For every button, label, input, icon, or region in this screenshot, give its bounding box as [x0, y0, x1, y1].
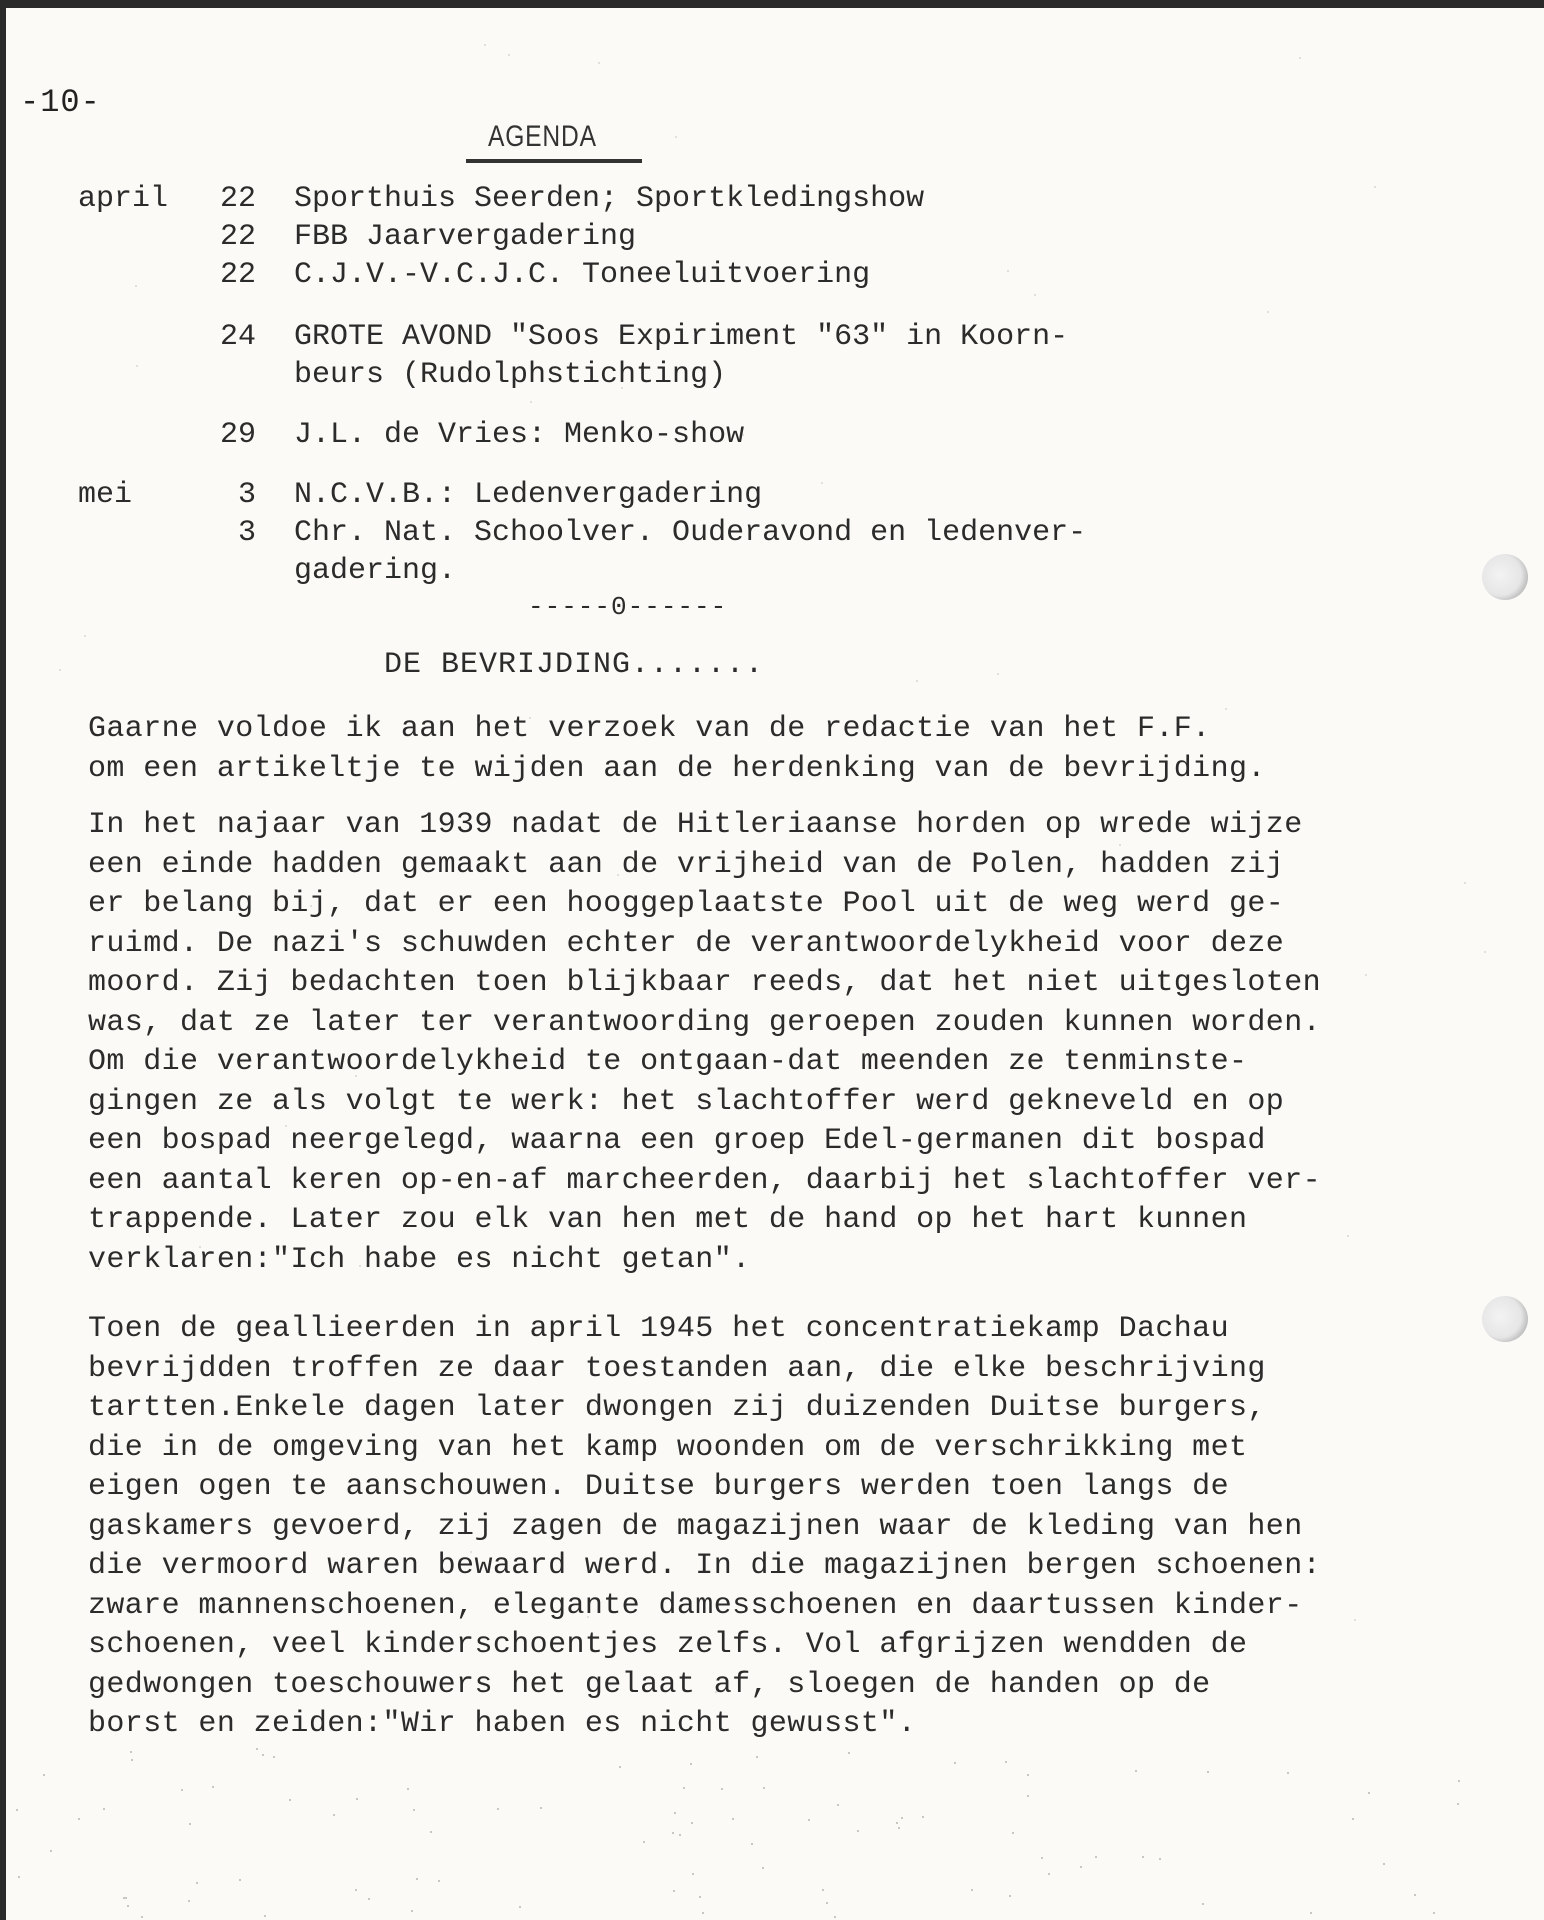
page-number: -10-	[20, 84, 101, 121]
agenda-description-line: FBB Jaarvergadering	[294, 218, 636, 256]
agenda-description: GROTE AVOND "Soos Expiriment "63" in Koo…	[294, 318, 1068, 394]
agenda-month: april	[78, 180, 168, 218]
paragraph-line: moord. Zij bedachten toen blijkbaar reed…	[88, 964, 1528, 1004]
agenda-entry: april22Sporthuis Seerden; Sportkledingsh…	[6, 180, 1306, 218]
paragraph-line: een bospad neergelegd, waarna een groep …	[88, 1122, 1528, 1162]
paragraph-line: tartten.Enkele dagen later dwongen zij d…	[88, 1389, 1528, 1429]
paragraph-line: ruimd. De nazi's schuwden echter de vera…	[88, 925, 1528, 965]
agenda-entry: 29J.L. de Vries: Menko-show	[6, 416, 1306, 454]
article-paragraph: Gaarne voldoe ik aan het verzoek van de …	[88, 710, 1528, 789]
paragraph-line: gaskamers gevoerd, zij zagen de magazijn…	[88, 1508, 1528, 1548]
agenda-day: 22	[176, 180, 256, 218]
agenda-description-line: C.J.V.-V.C.J.C. Toneeluitvoering	[294, 256, 870, 294]
agenda-description: J.L. de Vries: Menko-show	[294, 416, 744, 454]
paragraph-line: om een artikeltje te wijden aan de herde…	[88, 750, 1528, 790]
paragraph-line: een einde hadden gemaakt aan de vrijheid…	[88, 846, 1528, 886]
agenda-description: Sporthuis Seerden; Sportkledingshow	[294, 180, 924, 218]
paragraph-line: een aantal keren op-en-af marcheerden, d…	[88, 1162, 1528, 1202]
agenda-entry: 3Chr. Nat. Schoolver. Ouderavond en lede…	[6, 514, 1306, 590]
agenda-entry: mei3N.C.V.B.: Ledenvergadering	[6, 476, 1306, 514]
paragraph-line: gedwongen toeschouwers het gelaat af, sl…	[88, 1666, 1528, 1706]
section-separator: -----0------	[528, 592, 727, 622]
agenda-day: 22	[176, 256, 256, 294]
agenda-entry: 24GROTE AVOND "Soos Expiriment "63" in K…	[6, 318, 1306, 394]
paragraph-line: schoenen, veel kinderschoentjes zelfs. V…	[88, 1626, 1528, 1666]
paragraph-line: gingen ze als volgt te werk: het slachto…	[88, 1083, 1528, 1123]
agenda-entry: 22C.J.V.-V.C.J.C. Toneeluitvoering	[6, 256, 1306, 294]
paragraph-line: was, dat ze later ter verantwoording ger…	[88, 1004, 1528, 1044]
typewritten-page: -10- AGENDA april22Sporthuis Seerden; Sp…	[6, 8, 1544, 1920]
paragraph-line: Gaarne voldoe ik aan het verzoek van de …	[88, 710, 1528, 750]
paragraph-line: zware mannenschoenen, elegante damesscho…	[88, 1587, 1528, 1627]
paragraph-line: er belang bij, dat er een hooggeplaatste…	[88, 885, 1528, 925]
agenda-day: 29	[176, 416, 256, 454]
agenda-description-line: Chr. Nat. Schoolver. Ouderavond en leden…	[294, 514, 1086, 552]
paragraph-line: trappende. Later zou elk van hen met de …	[88, 1201, 1528, 1241]
article-paragraph: In het najaar van 1939 nadat de Hitleria…	[88, 806, 1528, 1280]
paragraph-line: bevrijdden troffen ze daar toestanden aa…	[88, 1350, 1528, 1390]
agenda-description: FBB Jaarvergadering	[294, 218, 636, 256]
agenda-day: 24	[176, 318, 256, 356]
agenda-description-line: J.L. de Vries: Menko-show	[294, 416, 744, 454]
article-heading: DE BEVRIJDING.......	[384, 648, 764, 682]
agenda-description: N.C.V.B.: Ledenvergadering	[294, 476, 762, 514]
agenda-title-underline	[466, 159, 642, 163]
paragraph-line: Om die verantwoordelykheid te ontgaan-da…	[88, 1043, 1528, 1083]
article-paragraph: Toen de geallieerden in april 1945 het c…	[88, 1310, 1528, 1745]
paragraph-line: die vermoord waren bewaard werd. In die …	[88, 1547, 1528, 1587]
agenda-description-line: GROTE AVOND "Soos Expiriment "63" in Koo…	[294, 318, 1068, 356]
agenda-month: mei	[78, 476, 132, 514]
agenda-description: Chr. Nat. Schoolver. Ouderavond en leden…	[294, 514, 1086, 590]
agenda-description-line: N.C.V.B.: Ledenvergadering	[294, 476, 762, 514]
agenda-day: 3	[176, 476, 256, 514]
agenda-entry: 22FBB Jaarvergadering	[6, 218, 1306, 256]
paragraph-line: verklaren:"Ich habe es nicht getan".	[88, 1241, 1528, 1281]
agenda-title: AGENDA	[488, 120, 597, 154]
paragraph-line: eigen ogen te aanschouwen. Duitse burger…	[88, 1468, 1528, 1508]
paragraph-line: In het najaar van 1939 nadat de Hitleria…	[88, 806, 1528, 846]
agenda-description-line: beurs (Rudolphstichting)	[294, 356, 1068, 394]
punch-hole-icon	[1482, 1296, 1528, 1342]
agenda-description-line: gadering.	[294, 552, 1086, 590]
punch-hole-icon	[1482, 554, 1528, 600]
agenda-description-line: Sporthuis Seerden; Sportkledingshow	[294, 180, 924, 218]
paragraph-line: borst en zeiden:"Wir haben es nicht gewu…	[88, 1705, 1528, 1745]
agenda-day: 22	[176, 218, 256, 256]
paragraph-line: die in de omgeving van het kamp woonden …	[88, 1429, 1528, 1469]
agenda-description: C.J.V.-V.C.J.C. Toneeluitvoering	[294, 256, 870, 294]
paragraph-line: Toen de geallieerden in april 1945 het c…	[88, 1310, 1528, 1350]
agenda-day: 3	[176, 514, 256, 552]
